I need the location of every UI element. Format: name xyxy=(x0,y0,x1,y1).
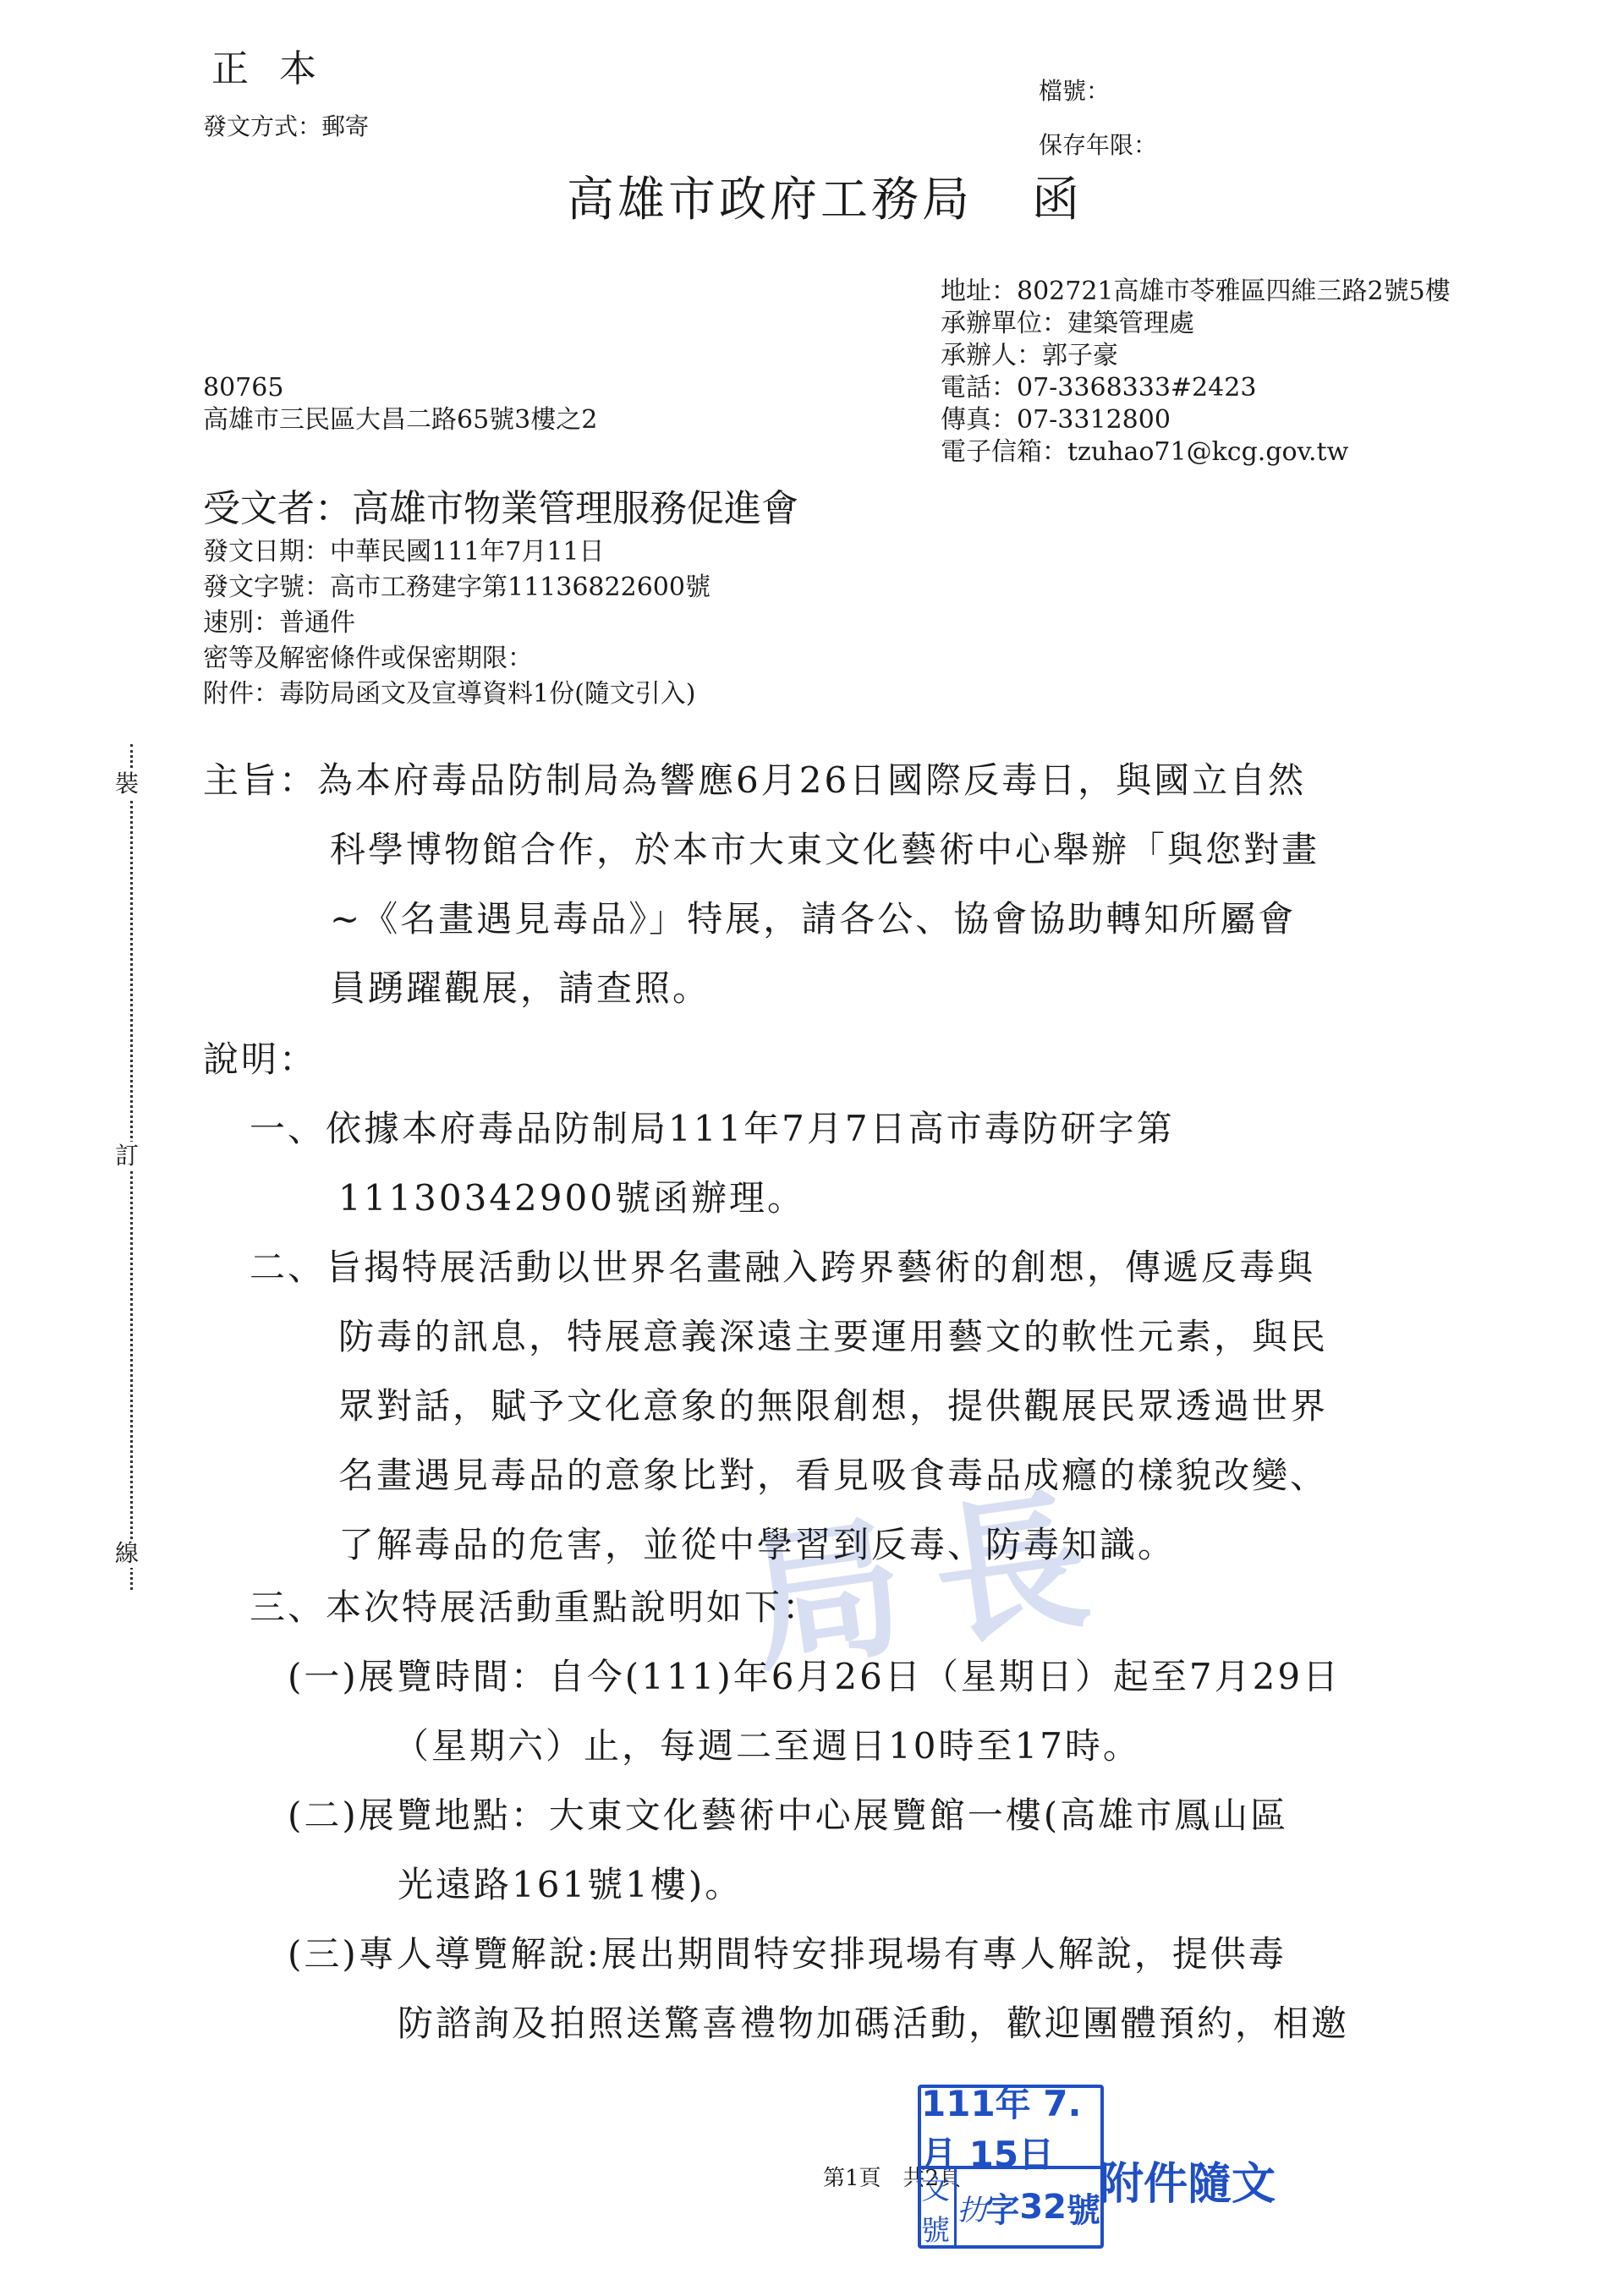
sender-info: 地址：802721高雄市苓雅區四維三路2號5樓 承辦單位：建築管理處 承辦人：郭… xyxy=(941,276,1451,469)
explanation-item-2: 防毒的訊息，特展意義深遠主要運用藝文的軟性元素，與民 xyxy=(338,1309,1328,1360)
send-method: 發文方式：郵寄 xyxy=(203,108,369,142)
explanation-item-2: 眾對話，賦予文化意象的無限創想，提供觀展民眾透過世界 xyxy=(338,1378,1328,1429)
sub-item-3: 防諮詢及拍照送驚喜禮物加碼活動，歡迎團體預約，相邀 xyxy=(398,1996,1349,2047)
speed-class: 速別：普通件 xyxy=(203,606,710,641)
sub-item-2: (二)展覽地點：大東文化藝術中心展覽館一樓(高雄市鳳山區 xyxy=(288,1788,1288,1838)
receipt-doc-no-label: 文號 xyxy=(921,2169,957,2245)
document-type: 函 xyxy=(1032,173,1083,227)
explanation-item-1: 11130342900號函辦理。 xyxy=(338,1170,805,1221)
sub-item-1: （星期六）止，每週二至週日10時至17時。 xyxy=(393,1718,1141,1769)
explanation-item-2: 名畫遇見毒品的意象比對，看見吸食毒品成癮的樣貌改變、 xyxy=(338,1448,1328,1499)
explanation-item-2: 二、旨揭特展活動以世界名畫融入跨界藝術的創想，傳遞反毒與 xyxy=(250,1240,1315,1290)
subject-line: 科學博物館合作，於本市大東文化藝術中心舉辦「與您對畫 xyxy=(330,822,1319,873)
explanation-item-2: 了解毒品的危害，並從中學習到反毒、防毒知識。 xyxy=(338,1517,1176,1568)
receipt-handwritten-char: 扐 xyxy=(957,2187,985,2228)
document-meta: 發文日期：中華民國111年7月11日 發文字號：高市工務建字第111368226… xyxy=(203,534,710,712)
binding-mark-zhuang: 裝 xyxy=(115,770,139,798)
subject-line: 員踴躍觀展，請查照。 xyxy=(330,961,710,1011)
copy-mark: 正本 xyxy=(211,38,347,92)
binding-line: 裝 訂 線 xyxy=(127,744,135,1590)
sub-item-1: (一)展覽時間：自今(111)年6月26日（星期日）起至7月29日 xyxy=(288,1649,1341,1700)
binding-mark-xian: 線 xyxy=(115,1539,139,1568)
recipient: 受文者：高雄市物業管理服務促進會 xyxy=(203,478,798,532)
sub-item-2: 光遠路161號1樓)。 xyxy=(398,1857,743,1908)
archive-number-label: 檔號： xyxy=(1039,73,1110,107)
binding-mark-ding: 訂 xyxy=(115,1142,139,1170)
receipt-number: 32 xyxy=(1019,2188,1067,2227)
subject-line: 主旨：為本府毒品防制局為響應6月26日國際反毒日，與國立自然 xyxy=(203,753,1306,803)
explanation-heading: 說明： xyxy=(203,1032,317,1082)
recipient-address: 高雄市三民區大昌二路65號3樓之2 xyxy=(203,404,597,436)
attachment: 附件：毒防局函文及宣導資料1份(隨文引入) xyxy=(203,677,710,712)
handling-unit: 承辦單位：建築管理處 xyxy=(941,308,1451,340)
phone: 電話：07-3368333#2423 xyxy=(941,372,1451,404)
recipient-address-block: 80765 高雄市三民區大昌二路65號3樓之2 xyxy=(203,372,597,436)
handler: 承辦人：郭子豪 xyxy=(941,340,1451,372)
attachment-stamp: 附件隨文 xyxy=(1100,2148,1276,2211)
issue-date: 發文日期：中華民國111年7月11日 xyxy=(203,534,710,570)
explanation-item-1: 一、依據本府毒品防制局111年7月7日高市毒防研字第 xyxy=(250,1101,1175,1152)
postal-code: 80765 xyxy=(203,372,597,404)
subject-line: ~《名畫遇見毒品》」特展，請各公、協會協助轉知所屬會 xyxy=(330,891,1296,942)
document-number: 發文字號：高市工務建字第11136822600號 xyxy=(203,570,710,606)
sender-address: 地址：802721高雄市苓雅區四維三路2號5樓 xyxy=(941,276,1451,308)
receipt-suffix: 號 xyxy=(1067,2184,1100,2232)
explanation-item-3-heading: 三、本次特展活動重點說明如下： xyxy=(250,1580,820,1630)
document-title: 高雄市政府工務局函 xyxy=(567,162,1083,230)
retention-label: 保存年限： xyxy=(1039,127,1157,161)
receipt-stamp: 111年 7.月 15日 文號 扐 字 32 號 xyxy=(918,2085,1104,2249)
receipt-char: 字 xyxy=(985,2184,1019,2232)
email: 電子信箱：tzuhao71@kcg.gov.tw xyxy=(941,436,1451,469)
receipt-date: 111年 7.月 15日 xyxy=(921,2088,1100,2169)
sub-item-3: (三)專人導覽解說:展出期間特安排現場有專人解說，提供毒 xyxy=(288,1926,1287,1977)
agency-name: 高雄市政府工務局 xyxy=(567,173,973,227)
classification: 密等及解密條件或保密期限： xyxy=(203,641,710,677)
fax: 傳真：07-3312800 xyxy=(941,404,1451,436)
